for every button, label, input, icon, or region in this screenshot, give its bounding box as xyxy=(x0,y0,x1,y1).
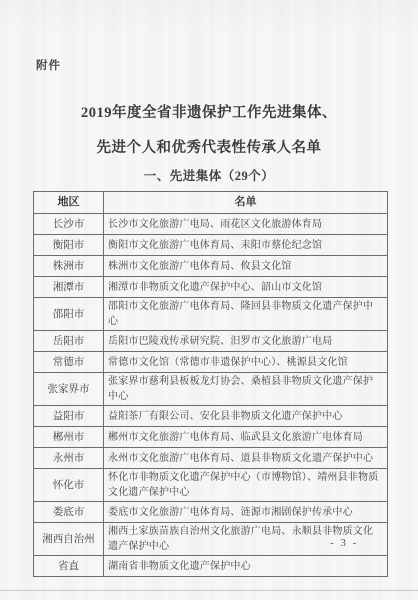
region-cell: 永州市 xyxy=(34,448,104,469)
names-cell: 永州市文化旅游广电体育局、道县非物质文化遗产保护中心 xyxy=(104,448,388,469)
document-title-line2: 先进个人和优秀代表性传承人名单 xyxy=(0,131,418,166)
region-table-body: 长沙市长沙市文化旅游广电局、雨花区文化旅游体育局衡阳市衡阳市文化旅游广电体育局、… xyxy=(34,214,388,577)
region-cell: 株洲市 xyxy=(34,256,104,277)
names-cell: 益阳茶厂有限公司、安化县非物质文化遗产保护中心 xyxy=(104,406,388,427)
table-header-row: 地区 名单 xyxy=(34,192,388,214)
region-cell: 邵阳市 xyxy=(34,298,104,331)
table-row: 怀化市怀化市非物质文化遗产保护中心（市博物馆）、靖州县非物质文化遗产保护中心 xyxy=(34,469,388,502)
names-cell: 长沙市文化旅游广电局、雨花区文化旅游体育局 xyxy=(104,214,388,235)
region-cell: 长沙市 xyxy=(34,214,104,235)
table-row: 株洲市株洲市文化旅游广电体育局、攸县文化馆 xyxy=(34,256,388,277)
region-cell: 张家界市 xyxy=(34,373,104,406)
names-cell: 郴州市文化旅游广电体育局、临武县文化旅游广电体育局 xyxy=(104,427,388,448)
region-cell: 常德市 xyxy=(34,352,104,373)
names-cell: 岳阳市巴陵戏传承研究院、汨罗市文化旅游广电局 xyxy=(104,331,388,352)
region-cell: 衡阳市 xyxy=(34,235,104,256)
names-cell: 湖南省非物质文化遗产保护中心 xyxy=(104,556,388,577)
names-cell: 常德市文化馆（常德市非遗保护中心）、桃源县文化馆 xyxy=(104,352,388,373)
region-cell: 益阳市 xyxy=(34,406,104,427)
table-row: 娄底市娄底市文化旅游广电体育局、涟源市湘剧保护传承中心 xyxy=(34,502,388,523)
region-cell: 湘西自治州 xyxy=(34,523,104,556)
table-row: 益阳市益阳茶厂有限公司、安化县非物质文化遗产保护中心 xyxy=(34,406,388,427)
section-heading: 一、先进集体（29个） xyxy=(0,166,418,184)
table-row: 郴州市郴州市文化旅游广电体育局、临武县文化旅游广电体育局 xyxy=(34,427,388,448)
page-number: - 3 - xyxy=(330,537,358,549)
table-row: 邵阳市邵阳市文化旅游广电体育局、隆回县非物质文化遗产保护中心 xyxy=(34,298,388,331)
table-row: 湘潭市湘潭市非物质文化遗产保护中心、韶山市文化馆 xyxy=(34,277,388,298)
names-cell: 湘潭市非物质文化遗产保护中心、韶山市文化馆 xyxy=(104,277,388,298)
names-cell: 衡阳市文化旅游广电体育局、耒阳市蔡伦纪念馆 xyxy=(104,235,388,256)
table-row: 常德市常德市文化馆（常德市非遗保护中心）、桃源县文化馆 xyxy=(34,352,388,373)
scan-edge-line xyxy=(0,590,418,591)
region-cell: 省直 xyxy=(34,556,104,577)
names-cell: 株洲市文化旅游广电体育局、攸县文化馆 xyxy=(104,256,388,277)
table-row: 岳阳市岳阳市巴陵戏传承研究院、汨罗市文化旅游广电局 xyxy=(34,331,388,352)
names-column-header: 名单 xyxy=(104,192,388,214)
region-cell: 娄底市 xyxy=(34,502,104,523)
attachment-label: 附件 xyxy=(36,57,61,73)
region-column-header: 地区 xyxy=(34,192,104,214)
names-cell: 张家界市慈利县板板龙灯协会、桑植县非物质文化遗产保护中心 xyxy=(104,373,388,406)
region-cell: 湘潭市 xyxy=(34,277,104,298)
region-cell: 怀化市 xyxy=(34,469,104,502)
region-cell: 岳阳市 xyxy=(34,331,104,352)
document-title-line1: 2019年度全省非遗保护工作先进集体、 xyxy=(0,96,418,131)
names-cell: 娄底市文化旅游广电体育局、涟源市湘剧保护传承中心 xyxy=(104,502,388,523)
advanced-collectives-table: 地区 名单 长沙市长沙市文化旅游广电局、雨花区文化旅游体育局衡阳市衡阳市文化旅游… xyxy=(33,191,388,577)
table-row: 张家界市张家界市慈利县板板龙灯协会、桑植县非物质文化遗产保护中心 xyxy=(34,373,388,406)
scanned-document-page: 附件 2019年度全省非遗保护工作先进集体、 先进个人和优秀代表性传承人名单 一… xyxy=(0,0,418,600)
table-row: 永州市永州市文化旅游广电体育局、道县非物质文化遗产保护中心 xyxy=(34,448,388,469)
table-row: 长沙市长沙市文化旅游广电局、雨花区文化旅游体育局 xyxy=(34,214,388,235)
table-row: 省直湖南省非物质文化遗产保护中心 xyxy=(34,556,388,577)
table-row: 衡阳市衡阳市文化旅游广电体育局、耒阳市蔡伦纪念馆 xyxy=(34,235,388,256)
names-cell: 邵阳市文化旅游广电体育局、隆回县非物质文化遗产保护中心 xyxy=(104,298,388,331)
document-title: 2019年度全省非遗保护工作先进集体、 先进个人和优秀代表性传承人名单 xyxy=(0,96,418,166)
region-cell: 郴州市 xyxy=(34,427,104,448)
names-cell: 怀化市非物质文化遗产保护中心（市博物馆）、靖州县非物质文化遗产保护中心 xyxy=(104,469,388,502)
